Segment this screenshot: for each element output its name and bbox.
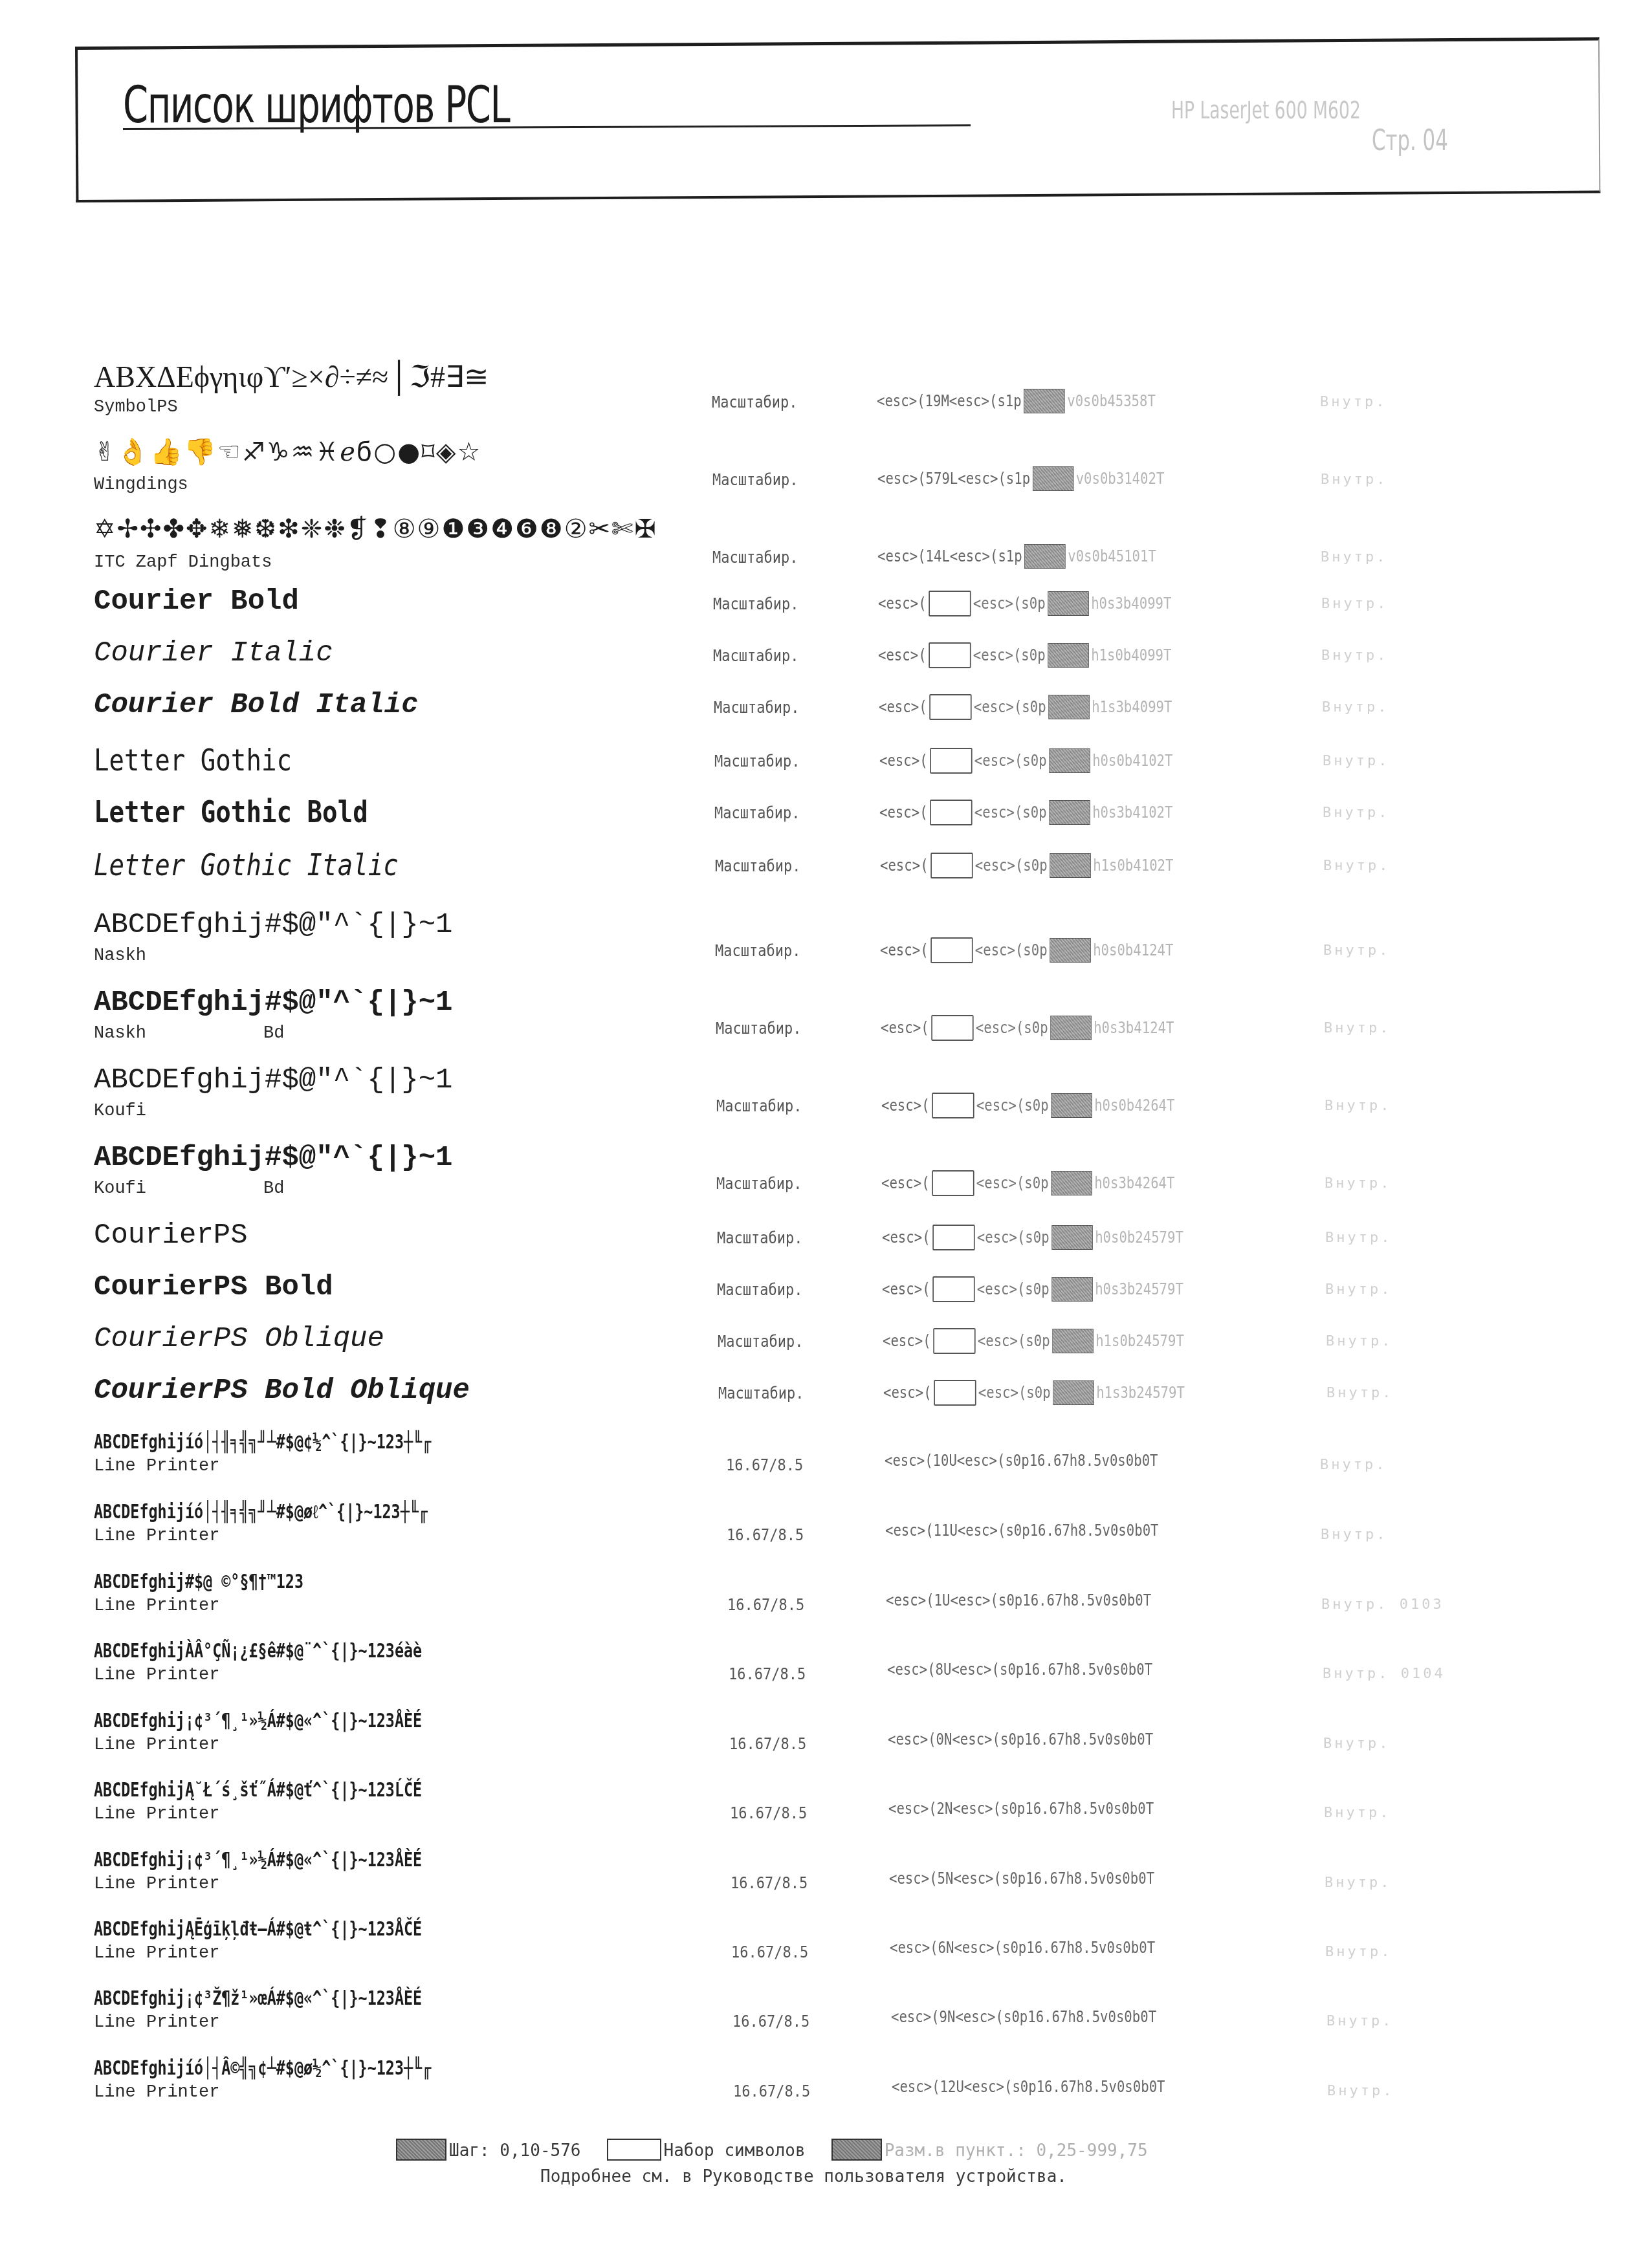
escape-middle: <esc>(s0p: [975, 941, 1048, 959]
font-sample: ABCDEfghijĄ˘Ł´ś¸šť˝Á#$@ť^`{|}~123ĹČÉ: [94, 1779, 422, 1802]
escape-middle: <esc>(s0p: [976, 1096, 1049, 1115]
escape-sequence: <esc>(10U<esc>(s0p16.67h8.5v0s0b0T: [885, 1452, 1158, 1470]
pitch-value: Масштабир.: [713, 646, 798, 665]
point-size-swatch-icon: [831, 2139, 882, 2161]
escape-suffix: h0s3b24579T: [1095, 1280, 1183, 1298]
legend-point-size: Разм.в пункт.: 0,25-999,75: [831, 2139, 1148, 2161]
font-location: Внутр. 0103: [1321, 1597, 1444, 1613]
printer-model: HP LaserJet 600 M602: [1171, 96, 1361, 124]
legend-pitch: Шаг: 0,10-576: [396, 2139, 581, 2161]
escape-sequence: <esc>(<esc>(s0ph0s3b4099T: [878, 591, 1171, 616]
symset-placeholder-icon: [929, 591, 971, 616]
font-location: Внутр.: [1325, 1281, 1392, 1298]
font-location: Внутр.: [1321, 648, 1388, 664]
font-location: Внутр.: [1321, 596, 1388, 612]
escape-sequence: <esc>(<esc>(s0ph1s3b24579T: [883, 1380, 1185, 1406]
font-name: Line Printer: [94, 1944, 219, 1963]
escape-suffix: h0s3b4102T: [1092, 803, 1172, 822]
font-name: Line Printer: [94, 1736, 219, 1755]
escape-suffix: h0s0b4102T: [1092, 752, 1172, 770]
font-name: SymbolPS: [94, 398, 178, 417]
font-name-label: Line Printer: [94, 1597, 219, 1616]
pitch-placeholder-icon: [1051, 1171, 1092, 1195]
escape-suffix: h0s0b4124T: [1093, 941, 1173, 959]
pitch-value: Масштабир.: [714, 803, 800, 822]
escape-sequence: <esc>(<esc>(s0ph0s3b4124T: [881, 1015, 1174, 1041]
font-location: Внутр.: [1321, 1527, 1387, 1543]
escape-sequence: <esc>(14L<esc>(s1pv0s0b45101T: [877, 544, 1156, 569]
escape-sequence: <esc>(6N<esc>(s0p16.67h8.5v0s0b0T: [890, 1939, 1155, 1957]
pitch-placeholder-icon: [1051, 1093, 1092, 1118]
font-name-label: Line Printer: [94, 1457, 219, 1476]
legend-symset-label: Набор символов: [664, 2141, 806, 2161]
pitch-value: Масштабир.: [714, 698, 799, 717]
escape-sequence: <esc>(2N<esc>(s0p16.67h8.5v0s0b0T: [888, 1800, 1154, 1818]
escape-middle: <esc>(s0p: [974, 803, 1047, 822]
font-location: Внутр. 0104: [1323, 1666, 1446, 1682]
legend: Шаг: 0,10-576 Набор символов Разм.в пунк…: [396, 2139, 1174, 2161]
symset-placeholder-icon: [930, 800, 972, 825]
pitch-value: 16.67/8.5: [730, 1804, 807, 1822]
escape-middle: <esc>(s0p: [978, 1384, 1051, 1402]
symset-placeholder-icon: [932, 1093, 974, 1118]
font-name-label: SymbolPS: [94, 398, 178, 417]
font-name-label: Naskh: [94, 946, 146, 966]
font-name-label: Line Printer: [94, 1527, 219, 1546]
escape-sequence: <esc>(11U<esc>(s0p16.67h8.5v0s0b0T: [885, 1521, 1159, 1540]
escape-middle: <esc>(s0p: [978, 1332, 1050, 1350]
escape-sequence: <esc>(<esc>(s0ph0s3b4264T: [881, 1170, 1174, 1196]
pitch-value: 16.67/8.5: [729, 1664, 806, 1683]
pitch-swatch-icon: [396, 2139, 446, 2161]
escape-suffix: h0s0b24579T: [1095, 1228, 1183, 1247]
escape-sequence: <esc>(19M<esc>(s1pv0s0b45358T: [877, 389, 1156, 413]
escape-prefix: <esc>(12U<esc>(s0p16.67h8.5v0s0b0T: [892, 2078, 1165, 2096]
font-name: Line Printer: [94, 1457, 219, 1476]
pitch-value: 16.67/8.5: [729, 1734, 806, 1753]
font-sample: ABCDEfghij¡¢³´¶¸¹»½Á#$@«^`{|}~123ÅÈÉ: [94, 1849, 422, 1871]
font-name: Line Printer: [94, 1875, 219, 1894]
font-weight-suffix: Bd: [263, 1179, 284, 1199]
font-location: Внутр.: [1325, 1944, 1392, 1960]
pitch-placeholder-icon: [1048, 643, 1089, 668]
escape-prefix: <esc>(19M<esc>(s1p: [877, 392, 1022, 410]
point-size-placeholder-icon: [1024, 389, 1065, 413]
font-name: Naskh: [94, 1024, 146, 1043]
escape-sequence: <esc>(8U<esc>(s0p16.67h8.5v0s0b0T: [887, 1661, 1152, 1679]
pitch-value: Масштабир.: [715, 856, 800, 875]
font-name: Line Printer: [94, 1666, 219, 1685]
escape-suffix: h0s0b4264T: [1094, 1096, 1174, 1115]
escape-suffix: h0s3b4264T: [1094, 1174, 1174, 1192]
symset-placeholder-icon: [929, 642, 971, 668]
escape-prefix: <esc>(: [881, 1174, 930, 1192]
escape-suffix: h1s3b24579T: [1096, 1384, 1185, 1402]
escape-prefix: <esc>(8U<esc>(s0p16.67h8.5v0s0b0T: [887, 1661, 1152, 1679]
escape-prefix: <esc>(: [879, 752, 928, 770]
pitch-value: Масштабир.: [717, 1228, 802, 1247]
font-name-label: Line Printer: [94, 1944, 219, 1963]
pitch-value: Масштабир.: [712, 393, 797, 411]
escape-middle: <esc>(s0p: [977, 1228, 1050, 1247]
font-name: Line Printer: [94, 2013, 219, 2033]
escape-sequence: <esc>(<esc>(s0ph0s0b24579T: [882, 1225, 1183, 1250]
font-sample: Letter Gothic: [94, 743, 292, 778]
pitch-value: Масштабир.: [712, 548, 798, 567]
symset-placeholder-icon: [930, 937, 973, 963]
font-location: Внутр.: [1325, 1875, 1391, 1891]
escape-sequence: <esc>(0N<esc>(s0p16.67h8.5v0s0b0T: [888, 1730, 1153, 1749]
pitch-value: 16.67/8.5: [727, 1525, 804, 1544]
font-sample: ABCDEfghij#$@"^`{|}~1: [94, 987, 453, 1019]
pitch-value: Масштабир.: [715, 941, 800, 960]
escape-sequence: <esc>(<esc>(s0ph0s0b4264T: [881, 1093, 1174, 1118]
escape-prefix: <esc>(5N<esc>(s0p16.67h8.5v0s0b0T: [889, 1870, 1154, 1888]
escape-prefix: <esc>(2N<esc>(s0p16.67h8.5v0s0b0T: [888, 1800, 1154, 1818]
font-name-label: Line Printer: [94, 2013, 219, 2033]
pitch-placeholder-icon: [1052, 1329, 1094, 1353]
font-location: Внутр.: [1323, 1736, 1390, 1752]
font-sample: Courier Bold Italic: [94, 689, 419, 721]
font-location: Внутр.: [1327, 2083, 1394, 2099]
symset-placeholder-icon: [932, 1276, 974, 1302]
pitch-placeholder-icon: [1049, 800, 1090, 825]
font-sample: ABCDEfghijíó│┤╢╕╣╗╜┴#$@øℓ^`{|}~123┼╙╓: [94, 1501, 428, 1523]
pitch-value: Масштабир.: [718, 1332, 803, 1351]
pitch-placeholder-icon: [1051, 1277, 1093, 1302]
escape-middle: <esc>(s0p: [976, 1174, 1049, 1192]
symset-placeholder-icon: [932, 1170, 974, 1196]
escape-prefix: <esc>(: [882, 1228, 930, 1247]
font-location: Внутр.: [1326, 1333, 1392, 1349]
font-name: Koufi: [94, 1102, 146, 1121]
font-sample: CourierPS Bold Oblique: [94, 1375, 470, 1407]
escape-middle: <esc>(s0p: [973, 594, 1046, 613]
font-name: Line Printer: [94, 1805, 219, 1824]
font-name-label: KoufiBd: [94, 1179, 146, 1199]
font-sample: ABCDEfghijĄĒģīķļđŧ–Á#$@ŧ^`{|}~123ÅČÉ: [94, 1918, 422, 1941]
point-size-placeholder-icon: [1024, 544, 1066, 569]
escape-sequence: <esc>(1U<esc>(s0p16.67h8.5v0s0b0T: [886, 1591, 1151, 1609]
symset-placeholder-icon: [930, 748, 972, 774]
font-sample: ABCDEfghijÀÂ°ÇÑ¡¿£§ê#$@¨^`{|}~123éàè: [94, 1640, 422, 1663]
pitch-value: 16.67/8.5: [732, 2012, 809, 2031]
font-location: Внутр.: [1320, 1457, 1387, 1473]
font-location: Внутр.: [1321, 549, 1387, 565]
escape-prefix: <esc>(: [881, 1096, 930, 1115]
font-name: Koufi: [94, 1179, 146, 1199]
pitch-placeholder-icon: [1050, 1016, 1092, 1040]
font-name: ITC Zapf Dingbats: [94, 553, 272, 572]
escape-middle: <esc>(s0p: [974, 698, 1046, 716]
font-name-label: Line Printer: [94, 1736, 219, 1755]
escape-middle: <esc>(s0p: [973, 646, 1046, 664]
font-sample: Courier Italic: [94, 637, 333, 670]
font-name-label: Line Printer: [94, 1805, 219, 1824]
font-name: Line Printer: [94, 1597, 219, 1616]
escape-sequence: <esc>(<esc>(s0ph1s0b4102T: [880, 853, 1173, 878]
escape-middle: <esc>(s0p: [974, 752, 1047, 770]
font-location: Внутр.: [1325, 1175, 1391, 1192]
legend-point-size-label: Разм.в пункт.: 0,25-999,75: [885, 2141, 1148, 2161]
escape-suffix: h1s0b4102T: [1093, 856, 1173, 875]
pitch-value: 16.67/8.5: [731, 1873, 808, 1892]
escape-sequence: <esc>(<esc>(s0ph0s3b4102T: [879, 800, 1172, 825]
font-name-label: Koufi: [94, 1102, 146, 1121]
symset-placeholder-icon: [931, 1015, 973, 1041]
font-location: Внутр.: [1323, 753, 1389, 769]
escape-sequence: <esc>(579L<esc>(s1pv0s0b31402T: [877, 466, 1164, 491]
font-sample: ABCDEfghijíó│┤╢╕╣╗╜┴#$@¢½^`{|}~123┼╙╓: [94, 1431, 431, 1454]
pitch-placeholder-icon: [1050, 938, 1091, 963]
pitch-placeholder-icon: [1048, 695, 1090, 719]
pitch-placeholder-icon: [1050, 853, 1091, 878]
font-location: Внутр.: [1320, 394, 1387, 410]
escape-suffix: v0s0b45358T: [1067, 392, 1156, 410]
escape-prefix: <esc>(: [878, 646, 927, 664]
escape-prefix: <esc>(14L<esc>(s1p: [877, 547, 1022, 565]
legend-pitch-label: Шаг: 0,10-576: [449, 2141, 581, 2161]
pitch-value: 16.67/8.5: [731, 1943, 808, 1961]
font-weight-suffix: Bd: [263, 1024, 284, 1043]
escape-suffix: v0s0b45101T: [1068, 547, 1156, 565]
font-sample: Courier Bold: [94, 585, 299, 618]
escape-prefix: <esc>(: [878, 594, 927, 613]
pitch-value: 16.67/8.5: [726, 1456, 803, 1474]
pitch-placeholder-icon: [1053, 1380, 1094, 1405]
escape-prefix: <esc>(: [880, 856, 929, 875]
escape-prefix: <esc>(: [880, 941, 929, 959]
font-sample: ABCDEfghijíó│┤Â©╣╗¢┴#$@ø½^`{|}~123┼╙╓: [94, 2057, 431, 2080]
font-location: Внутр.: [1325, 1230, 1392, 1246]
font-sample: ABCDEfghij¡¢³Ž¶ž¹»œÁ#$@«^`{|}~123ÅÈÉ: [94, 1987, 422, 2010]
pitch-value: 16.67/8.5: [727, 1595, 804, 1614]
font-location: Внутр.: [1322, 699, 1389, 715]
font-sample: ✡✢✣✤✥❄❅❆❇❈❉❡❢⑧⑨❶❸❹❻❽②✂✄✠: [94, 514, 657, 544]
escape-prefix: <esc>(: [882, 1280, 930, 1298]
pitch-value: Масштабир.: [716, 1096, 802, 1115]
font-name-label: Wingdings: [94, 475, 188, 495]
pitch-value: Масштабир.: [716, 1019, 801, 1038]
page-number: Стр. 04: [1372, 124, 1448, 157]
font-sample: CourierPS Bold: [94, 1271, 333, 1303]
escape-sequence: <esc>(12U<esc>(s0p16.67h8.5v0s0b0T: [892, 2078, 1165, 2096]
symset-placeholder-icon: [932, 1225, 974, 1250]
escape-suffix: h0s3b4099T: [1091, 594, 1171, 613]
font-name: Naskh: [94, 946, 146, 966]
symset-swatch-icon: [607, 2139, 661, 2161]
pitch-placeholder-icon: [1049, 748, 1090, 773]
escape-prefix: <esc>(: [879, 803, 928, 822]
font-sample: ABCDEfghij#$@ ©°§¶†™123: [94, 1571, 303, 1593]
font-location: Внутр.: [1324, 1805, 1391, 1821]
escape-prefix: <esc>(: [883, 1332, 931, 1350]
font-name-label: Line Printer: [94, 2083, 219, 2102]
font-location: Внутр.: [1325, 1098, 1391, 1114]
font-name-label: ITC Zapf Dingbats: [94, 553, 272, 572]
escape-suffix: h1s0b4099T: [1091, 646, 1171, 664]
legend-symset: Набор символов: [607, 2139, 806, 2161]
pitch-value: Масштабир.: [716, 1174, 802, 1193]
escape-suffix: v0s0b31402T: [1076, 470, 1165, 488]
font-location: Внутр.: [1324, 1020, 1391, 1036]
footnote: Подробнее см. в Руководстве пользователя…: [540, 2167, 1067, 2186]
escape-middle: <esc>(s0p: [976, 1019, 1048, 1037]
escape-suffix: h1s3b4099T: [1092, 698, 1172, 716]
escape-sequence: <esc>(5N<esc>(s0p16.67h8.5v0s0b0T: [889, 1870, 1154, 1888]
pitch-value: Масштабир.: [717, 1280, 802, 1299]
pitch-placeholder-icon: [1048, 591, 1089, 616]
escape-prefix: <esc>(11U<esc>(s0p16.67h8.5v0s0b0T: [885, 1521, 1159, 1540]
font-sample: Letter Gothic Bold: [94, 794, 368, 829]
escape-prefix: <esc>(579L<esc>(s1p: [877, 470, 1030, 488]
escape-prefix: <esc>(1U<esc>(s0p16.67h8.5v0s0b0T: [886, 1591, 1151, 1609]
font-sample: ABCDEfghij#$@"^`{|}~1: [94, 1064, 453, 1096]
pitch-value: Масштабир.: [714, 752, 800, 770]
escape-prefix: <esc>(0N<esc>(s0p16.67h8.5v0s0b0T: [888, 1730, 1153, 1749]
escape-sequence: <esc>(<esc>(s0ph1s0b24579T: [883, 1328, 1184, 1354]
escape-prefix: <esc>(: [883, 1384, 932, 1402]
pitch-value: Масштабир.: [713, 594, 798, 613]
font-name-label: Line Printer: [94, 1875, 219, 1894]
escape-sequence: <esc>(<esc>(s0ph0s0b4124T: [880, 937, 1173, 963]
font-location: Внутр.: [1326, 1385, 1393, 1401]
symset-placeholder-icon: [930, 853, 973, 878]
font-name: Line Printer: [94, 1527, 219, 1546]
pitch-placeholder-icon: [1051, 1225, 1093, 1250]
font-sample: ΑΒΧΔΕϕγηιφϒ′≥×∂÷≠≈│ℑ#∃≅: [94, 359, 489, 394]
escape-sequence: <esc>(<esc>(s0ph0s0b4102T: [879, 748, 1172, 774]
escape-prefix: <esc>(9N<esc>(s0p16.67h8.5v0s0b0T: [891, 2008, 1156, 2026]
escape-sequence: <esc>(<esc>(s0ph1s0b4099T: [878, 642, 1171, 668]
font-sample: ✌👌👍👎☜♐♑♒♓ℯϭ○●⌑◈☆: [94, 437, 481, 467]
font-sample: Letter Gothic Italic: [94, 847, 399, 882]
font-location: Внутр.: [1326, 2013, 1393, 2029]
escape-middle: <esc>(s0p: [975, 856, 1048, 875]
font-sample: ABCDEfghij#$@"^`{|}~1: [94, 909, 453, 941]
escape-prefix: <esc>(10U<esc>(s0p16.67h8.5v0s0b0T: [885, 1452, 1158, 1470]
font-sample: CourierPS Oblique: [94, 1323, 384, 1355]
escape-middle: <esc>(s0p: [977, 1280, 1050, 1298]
symset-placeholder-icon: [929, 694, 971, 720]
point-size-placeholder-icon: [1033, 466, 1074, 491]
font-sample: ABCDEfghij#$@"^`{|}~1: [94, 1142, 453, 1174]
escape-sequence: <esc>(<esc>(s0ph0s3b24579T: [882, 1276, 1183, 1302]
pitch-value: Масштабир.: [718, 1384, 804, 1402]
font-location: Внутр.: [1323, 943, 1390, 959]
font-name: Line Printer: [94, 2083, 219, 2102]
font-name-label: NaskhBd: [94, 1024, 146, 1043]
font-location: Внутр.: [1323, 805, 1389, 821]
escape-prefix: <esc>(6N<esc>(s0p16.67h8.5v0s0b0T: [890, 1939, 1155, 1957]
symset-placeholder-icon: [933, 1328, 975, 1354]
pitch-value: Масштабир.: [712, 470, 798, 489]
escape-suffix: h1s0b24579T: [1095, 1332, 1184, 1350]
font-sample: CourierPS: [94, 1219, 248, 1252]
page-title: Список шрифтов PCL: [123, 76, 509, 135]
escape-sequence: <esc>(9N<esc>(s0p16.67h8.5v0s0b0T: [891, 2008, 1156, 2026]
font-sample: ABCDEfghij¡¢³´¶¸¹»½Á#$@«^`{|}~123ÅÈÉ: [94, 1710, 422, 1732]
font-location: Внутр.: [1321, 472, 1387, 488]
escape-prefix: <esc>(: [881, 1019, 929, 1037]
escape-suffix: h0s3b4124T: [1094, 1019, 1174, 1037]
symset-placeholder-icon: [934, 1380, 976, 1406]
escape-sequence: <esc>(<esc>(s0ph1s3b4099T: [879, 694, 1172, 720]
pitch-value: 16.67/8.5: [733, 2082, 810, 2100]
font-location: Внутр.: [1323, 858, 1390, 874]
font-name: Wingdings: [94, 475, 188, 495]
font-name-label: Line Printer: [94, 1666, 219, 1685]
escape-prefix: <esc>(: [879, 698, 927, 716]
